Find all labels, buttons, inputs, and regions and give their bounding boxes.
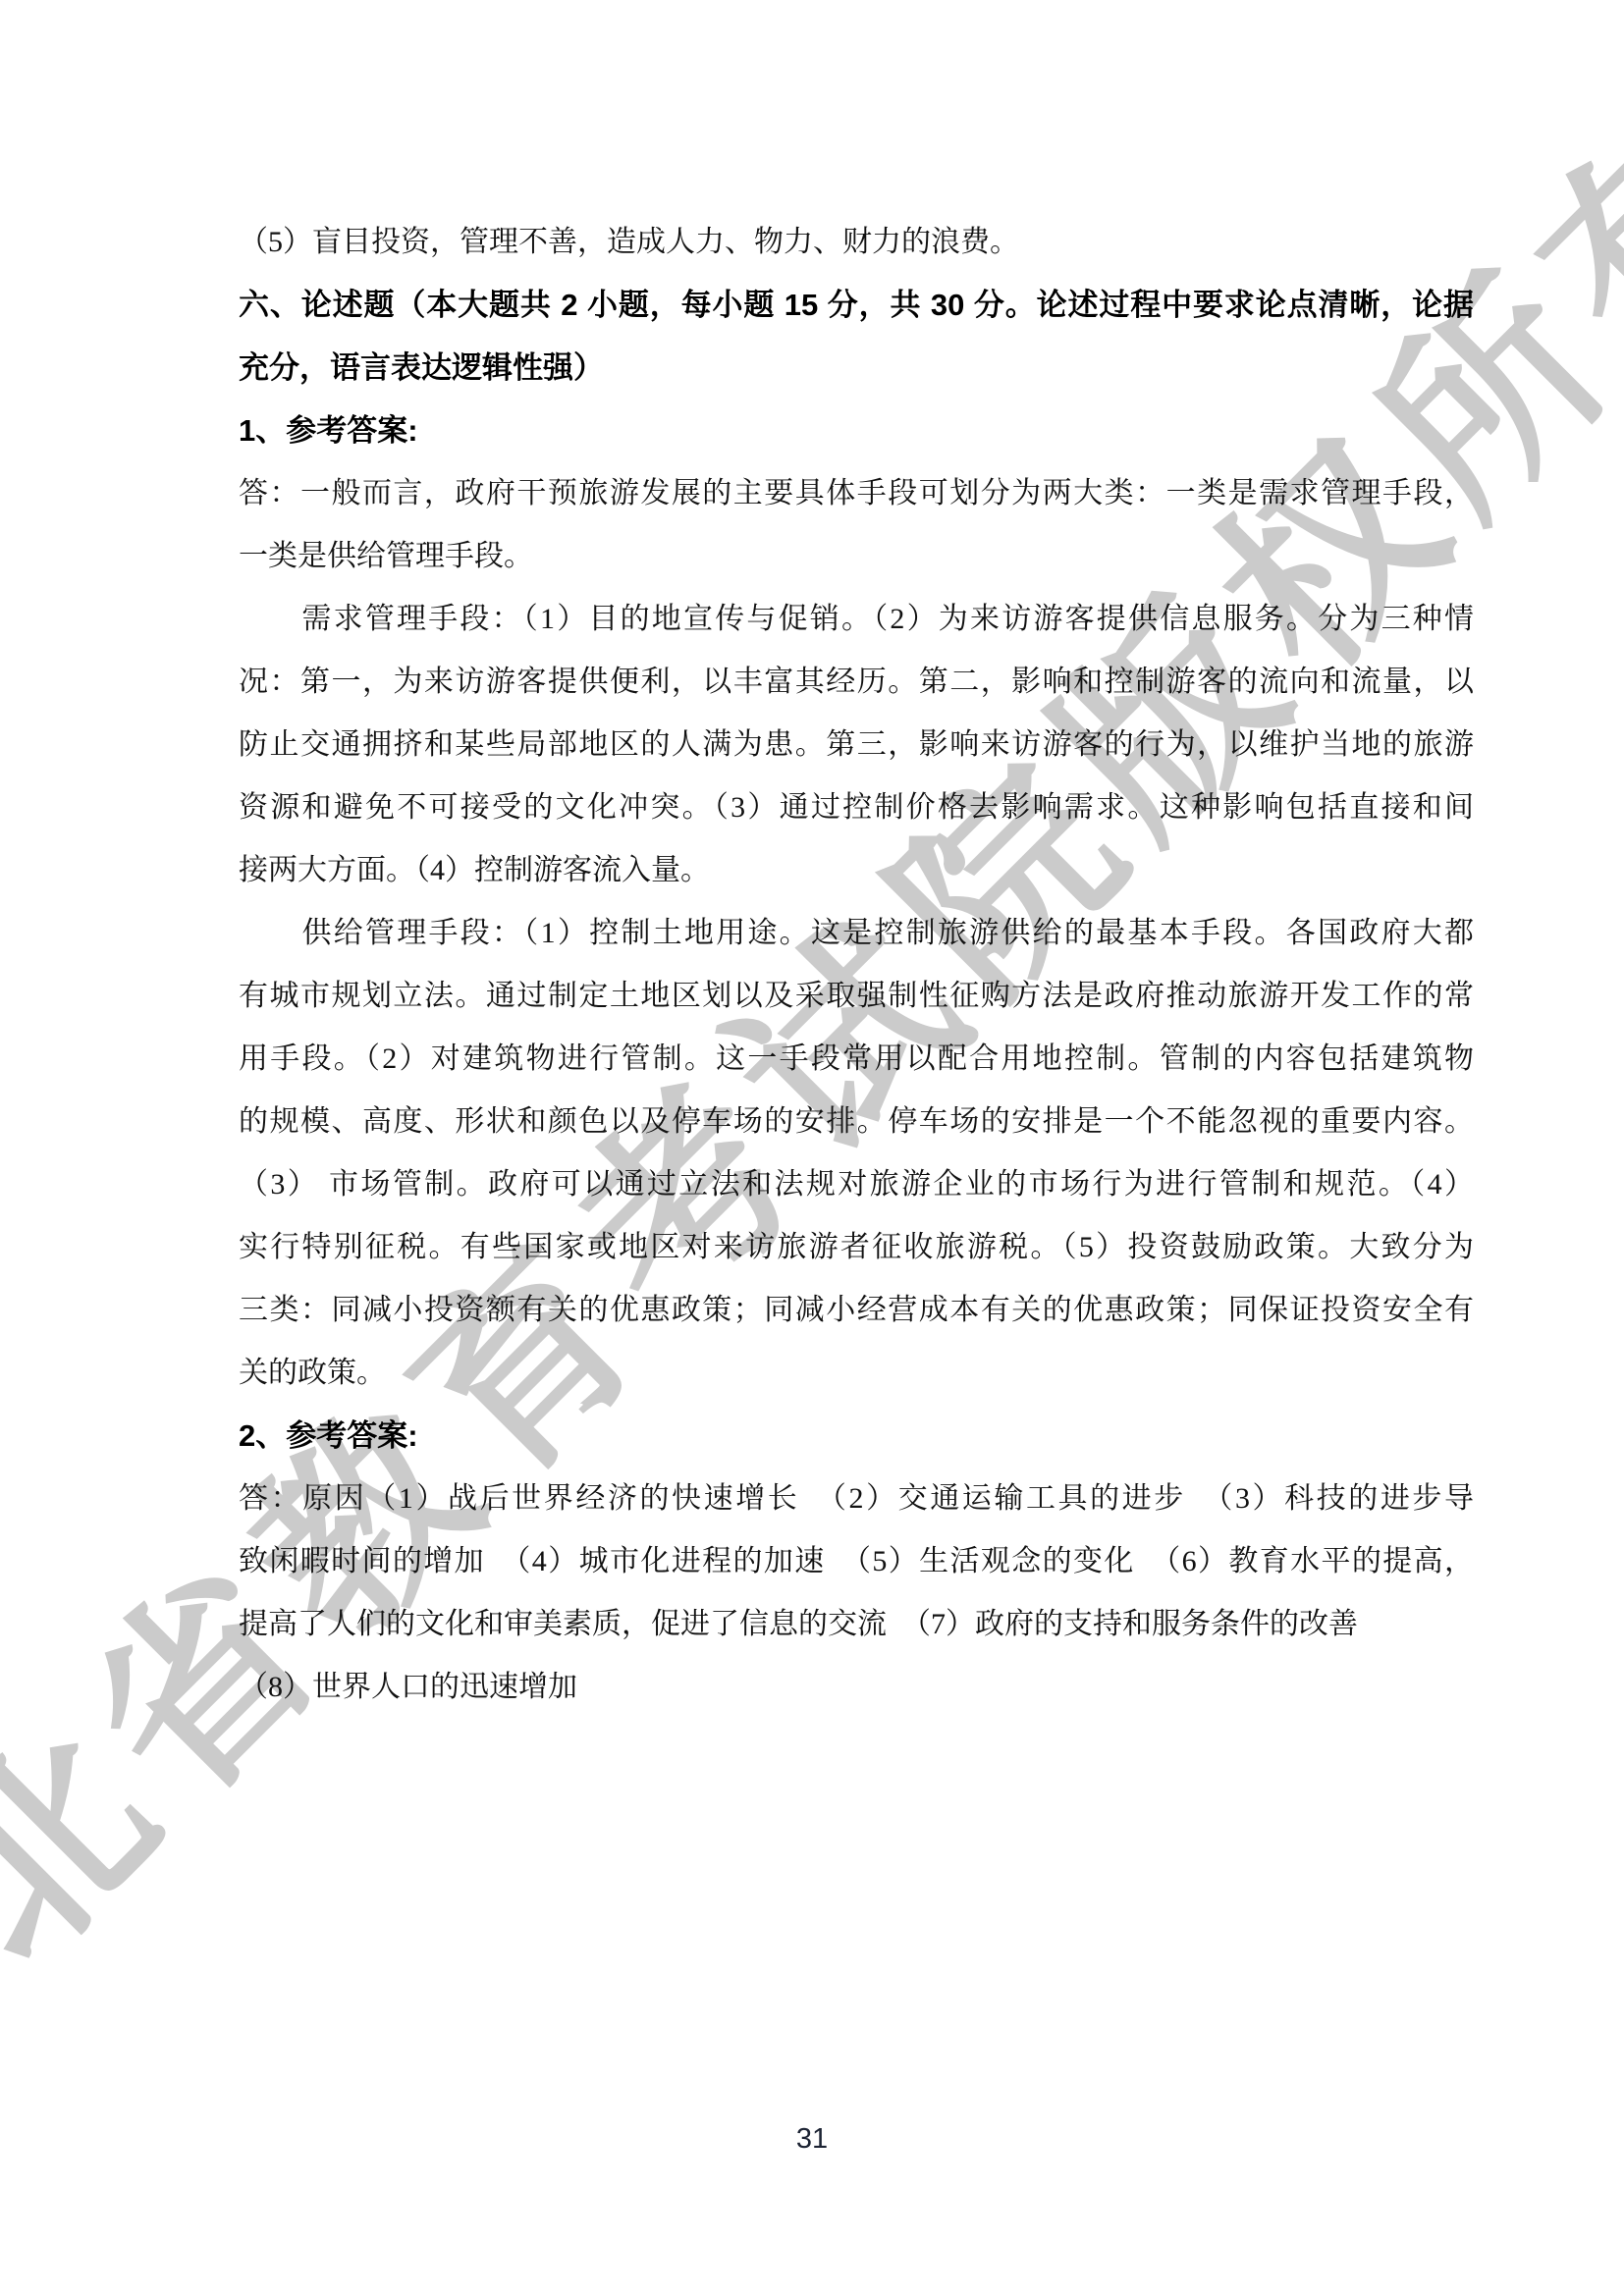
text-line: 2、参考答案: — [239, 1405, 1474, 1468]
text-line: 一类是供给管理手段。 — [239, 525, 1474, 588]
text-line: 有城市规划立法。通过制定土地区划以及采取强制性征购方法是政府推动旅游开发工作的常 — [239, 965, 1474, 1028]
text-line: 三类：同减小投资额有关的优惠政策；同减小经营成本有关的优惠政策；同保证投资安全有 — [239, 1279, 1474, 1342]
text-line: 1、参考答案: — [239, 400, 1474, 462]
text-line: 答：一般而言，政府干预旅游发展的主要具体手段可划分为两大类：一类是需求管理手段， — [239, 462, 1474, 525]
text-line: 防止交通拥挤和某些局部地区的人满为患。第三，影响来访游客的行为，以维护当地的旅游 — [239, 714, 1474, 776]
text-line: 致闲暇时间的增加 （4）城市化进程的加速 （5）生活观念的变化 （6）教育水平的… — [239, 1530, 1474, 1593]
page-number: 31 — [0, 2123, 1624, 2156]
text-line: 充分，语言表达逻辑性强） — [239, 337, 1474, 400]
text-line: 供给管理手段：（1）控制土地用途。这是控制旅游供给的最基本手段。各国政府大都 — [239, 902, 1474, 965]
text-line: 接两大方面。（4）控制游客流入量。 — [239, 839, 1474, 902]
text-line: 答：原因（1）战后世界经济的快速增长 （2）交通运输工具的进步 （3）科技的进步… — [239, 1468, 1474, 1530]
text-line: 资源和避免不可接受的文化冲突。（3）通过控制价格去影响需求。这种影响包括直接和间 — [239, 776, 1474, 839]
text-line: 用手段。（2）对建筑物进行管制。这一手段常用以配合用地控制。管制的内容包括建筑物 — [239, 1028, 1474, 1091]
text-line: （5）盲目投资，管理不善，造成人力、物力、财力的浪费。 — [239, 211, 1474, 274]
document-body: （5）盲目投资，管理不善，造成人力、物力、财力的浪费。六、论述题（本大题共 2 … — [239, 211, 1474, 1719]
document-page: 河北省教育考试院版权所有 （5）盲目投资，管理不善，造成人力、物力、财力的浪费。… — [0, 0, 1624, 2296]
text-line: 况：第一，为来访游客提供便利，以丰富其经历。第二，影响和控制游客的流向和流量，以 — [239, 651, 1474, 714]
text-line: 提高了人们的文化和审美素质，促进了信息的交流 （7）政府的支持和服务条件的改善 — [239, 1593, 1474, 1656]
text-line: 实行特别征税。有些国家或地区对来访旅游者征收旅游税。（5）投资鼓励政策。大致分为 — [239, 1216, 1474, 1279]
text-line: 关的政策。 — [239, 1342, 1474, 1405]
text-line: 的规模、高度、形状和颜色以及停车场的安排。停车场的安排是一个不能忽视的重要内容。 — [239, 1091, 1474, 1153]
text-line: 六、论述题（本大题共 2 小题，每小题 15 分，共 30 分。论述过程中要求论… — [239, 274, 1474, 337]
text-line: 需求管理手段：（1）目的地宣传与促销。（2）为来访游客提供信息服务。分为三种情 — [239, 588, 1474, 651]
text-line: （8）世界人口的迅速增加 — [239, 1656, 1474, 1719]
text-line: （3） 市场管制。政府可以通过立法和法规对旅游企业的市场行为进行管制和规范。（4… — [239, 1153, 1474, 1216]
